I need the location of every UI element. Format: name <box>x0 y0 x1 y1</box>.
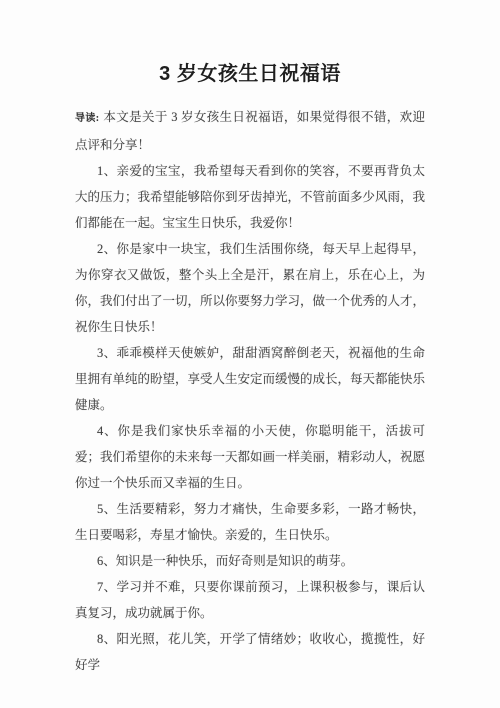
wish-paragraph-1: 1、亲爱的宝宝，我希望每天看到你的笑容，不要再背负太大的压力；我希望能够陪你到牙… <box>75 158 425 236</box>
intro-text: 本文是关于 3 岁女孩生日祝福语，如果觉得很不错，欢迎点评和分享！ <box>75 110 425 152</box>
wish-paragraph-6: 6、知识是一种快乐，而好奇则是知识的萌芽。 <box>75 548 425 574</box>
wish-paragraph-5: 5、生活要精彩，努力才痛快，生命要多彩，一路才畅快，生日要喝彩，寿星才愉快。亲爱… <box>75 496 425 548</box>
document-body: 导读:本文是关于 3 岁女孩生日祝福语，如果觉得很不错，欢迎点评和分享！ 1、亲… <box>75 104 425 678</box>
page-title: 3 岁女孩生日祝福语 <box>0 0 500 88</box>
intro-label: 导读: <box>75 113 99 124</box>
intro-paragraph: 导读:本文是关于 3 岁女孩生日祝福语，如果觉得很不错，欢迎点评和分享！ <box>75 104 425 158</box>
wish-paragraph-7: 7、学习并不难，只要你课前预习，上课积极参与，课后认真复习，成功就属于你。 <box>75 574 425 626</box>
document-page: 3 岁女孩生日祝福语 导读:本文是关于 3 岁女孩生日祝福语，如果觉得很不错，欢… <box>0 0 500 708</box>
wish-paragraph-8: 8、阳光照，花儿笑，开学了情绪妙；收收心，揽揽性，好好学 <box>75 626 425 678</box>
wish-paragraph-3: 3、乖乖模样天使嫉妒，甜甜酒窝醉倒老天，祝福他的生命里拥有单纯的盼望，享受人生安… <box>75 340 425 418</box>
wish-paragraph-2: 2、你是家中一块宝，我们生活围你绕，每天早上起得早，为你穿衣又做饭，整个头上全是… <box>75 236 425 340</box>
wish-paragraph-4: 4、你是我们家快乐幸福的小天使，你聪明能干，活拔可爱；我们希望你的未来每一天都如… <box>75 418 425 496</box>
